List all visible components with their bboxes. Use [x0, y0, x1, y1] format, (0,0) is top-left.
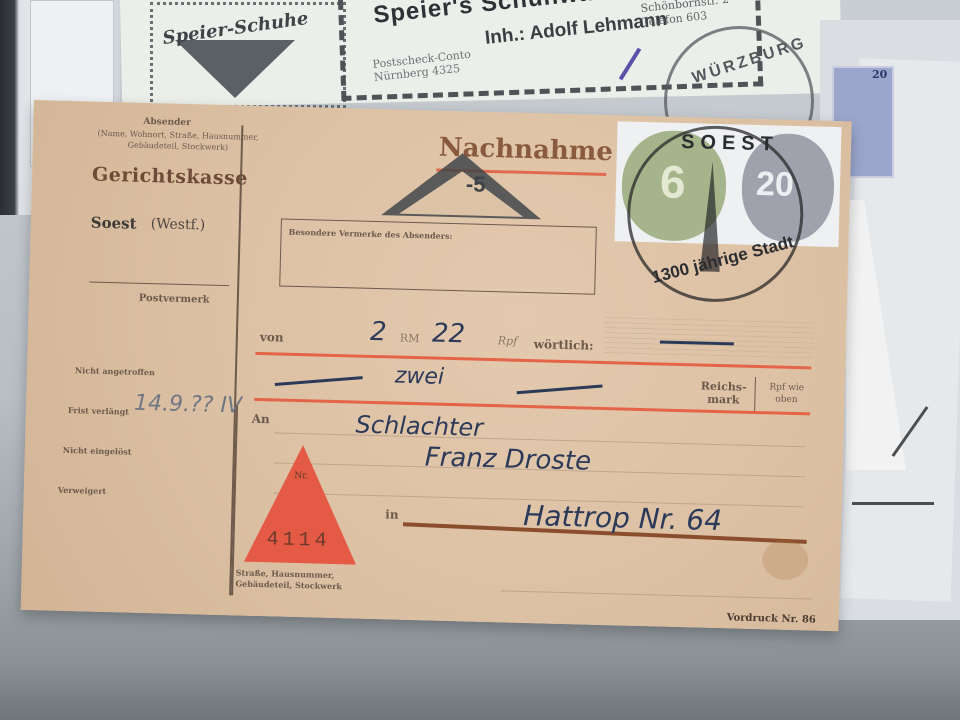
- address-line: [501, 590, 811, 599]
- reichsmark-label: Reichs-mark: [698, 380, 749, 407]
- an-label: An: [252, 412, 270, 426]
- recipient-occupation: Schlachter: [355, 411, 483, 442]
- divider-line: [89, 282, 229, 287]
- pencil-mark: [852, 502, 934, 505]
- shoe-logo-icon: [175, 40, 295, 98]
- postvermerk-line: Verweigert: [58, 485, 107, 496]
- amount-rm-value: 2: [370, 317, 387, 347]
- in-label: in: [385, 507, 399, 521]
- frist-handwritten-value: 14.9.?? IV: [134, 391, 242, 419]
- sender-label: Absender: [143, 117, 191, 128]
- sender-city: Soest: [91, 214, 137, 233]
- form-number: Vordruck Nr. 86: [727, 612, 816, 625]
- fee-triangle-inner: [399, 170, 524, 217]
- postvermerk-heading: Postvermerk: [139, 293, 210, 306]
- rpf-box-label: Rpf wie oben: [764, 381, 809, 406]
- triangle-label: Nr.: [294, 471, 308, 481]
- postmark-city: SOEST: [681, 131, 779, 157]
- nachnahme-card: Absender (Name, Wohnort, Straße, Hausnum…: [21, 100, 852, 631]
- rpf-unit: Rpf: [498, 334, 518, 348]
- sender-region: (Westf.): [151, 216, 206, 233]
- handwritten-dash: [275, 376, 363, 386]
- recipient-place: Hattrop Nr. 64: [523, 499, 723, 537]
- triangle-number: 4114: [266, 528, 331, 553]
- von-label: von: [260, 330, 284, 345]
- fee-stamp-value: -5: [466, 171, 486, 198]
- postvermerk-line: Frist verlängt: [68, 405, 129, 417]
- postvermerk-line: Nicht angetroffen: [75, 365, 155, 377]
- sender-sublabel: (Name, Wohnort, Straße, Hausnummer, Gebä…: [93, 128, 264, 154]
- recipient-name: Franz Droste: [424, 442, 591, 476]
- postvermerk-line: Nicht eingelöst: [63, 445, 132, 457]
- rm-unit: RM: [400, 332, 420, 346]
- amount-in-words: zwei: [395, 364, 445, 390]
- woertlich-label: wörtlich:: [534, 337, 594, 353]
- sender-name: Gerichtskasse: [92, 164, 248, 190]
- amount-rpf-value: 22: [432, 319, 466, 350]
- hatched-field: [603, 317, 814, 362]
- handwritten-dash: [517, 384, 603, 394]
- street-label: Straße, Hausnummer, Gebäudeteil, Stockwe…: [235, 567, 356, 592]
- album-shelf: [0, 660, 960, 720]
- paper-stain: [762, 539, 809, 580]
- divider-line: [229, 125, 243, 595]
- blue-stamp-value: 20: [872, 68, 887, 81]
